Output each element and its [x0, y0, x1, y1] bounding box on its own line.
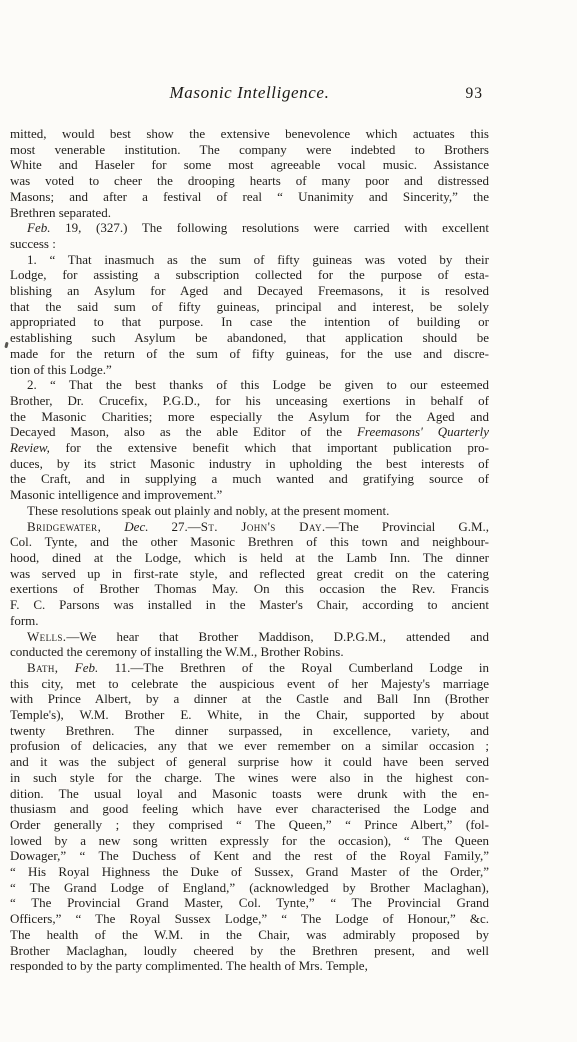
text-segment: [58, 660, 74, 675]
smallcaps-text: Bridgewater,: [27, 519, 101, 534]
text-segment: Brethren separated.: [10, 205, 111, 220]
text-line: the Masonic Charities; more especially t…: [10, 409, 489, 425]
text-line: the Craft, and in supplying a much wante…: [10, 471, 489, 487]
text-segment: Order generally ; they comprised “ The Q…: [10, 817, 489, 832]
text-segment: 11.—The Brethren of the Royal Cumberland…: [98, 660, 489, 675]
text-line: Bath, Feb. 11.—The Brethren of the Royal…: [10, 660, 489, 676]
text-line: responded to by the party complimented. …: [10, 958, 489, 974]
page-header: Masonic Intelligence. 93: [10, 83, 489, 107]
text-segment: was voted to cheer the drooping hearts o…: [10, 173, 489, 188]
text-segment: Col. Tynte, and the other Masonic Brethr…: [10, 534, 489, 549]
text-segment: [101, 519, 124, 534]
text-segment: 2. “ That the best thanks of this Lodge …: [27, 377, 489, 392]
text-segment: that the said sum of fifty guineas, prin…: [10, 299, 489, 314]
text-segment: most venerable institution. The company …: [10, 142, 489, 157]
text-line: White and Haseler for some most agreeabl…: [10, 157, 489, 173]
smallcaps-text: Wells.: [27, 629, 66, 644]
text-segment: Decayed Mason, also as the able Editor o…: [10, 424, 357, 439]
text-segment: made for the return of the sum of fifty …: [10, 346, 489, 361]
text-line: Col. Tynte, and the other Masonic Brethr…: [10, 534, 489, 550]
text-segment: hood, dined at the Lodge, which is held …: [10, 550, 489, 565]
text-line: Temple's), W.M. Brother E. White, in the…: [10, 707, 489, 723]
text-line: establishing such Asylum be abandoned, t…: [10, 330, 489, 346]
text-line: Order generally ; they comprised “ The Q…: [10, 817, 489, 833]
text-line: and it was the subject of general surpri…: [10, 754, 489, 770]
italic-text: Dec.: [124, 519, 148, 534]
text-line: 1. “ That inasmuch as the sum of fifty g…: [10, 252, 489, 268]
text-line: “ His Royal Highness the Duke of Sussex,…: [10, 864, 489, 880]
text-segment: White and Haseler for some most agreeabl…: [10, 157, 489, 172]
text-segment: profusion of delicacies, any that we eve…: [10, 738, 489, 753]
text-segment: in such style for the charge. The wines …: [10, 770, 489, 785]
text-line: F. C. Parsons was installed in the Maste…: [10, 597, 489, 613]
text-segment: —The Provincial G.M.,: [326, 519, 489, 534]
text-line: “ The Provincial Grand Master, Col. Tynt…: [10, 895, 489, 911]
text-line: Brethren separated.: [10, 205, 489, 221]
text-segment: twenty Brethren. The dinner surpassed, i…: [10, 723, 489, 738]
italic-text: Feb.: [27, 220, 50, 235]
text-line: Lodge, for assisting a subscription coll…: [10, 267, 489, 283]
text-segment: Dowager,” “ The Duchess of Kent and the …: [10, 848, 489, 863]
text-line: Masonic intelligence and improvement.”: [10, 487, 489, 503]
text-line: form.: [10, 613, 489, 629]
text-segment: —We hear that Brother Maddison, D.P.G.M.…: [66, 629, 489, 644]
text-line: tion of this Lodge.”: [10, 362, 489, 378]
italic-text: Freemasons' Quarterly: [357, 424, 489, 439]
text-segment: Masonic intelligence and improvement.”: [10, 487, 222, 502]
text-line: blishing an Asylum for Aged and Decayed …: [10, 283, 489, 299]
page-number: 93: [466, 85, 484, 103]
text-line: was voted to cheer the drooping hearts o…: [10, 173, 489, 189]
text-segment: dition. The usual loyal and Masonic toas…: [10, 786, 489, 801]
text-line: lowed by a new song written expressly fo…: [10, 833, 489, 849]
document-page: Masonic Intelligence. 93 mitted, would b…: [0, 0, 577, 1042]
text-segment: form.: [10, 613, 39, 628]
text-line: with Prince Albert, by a dinner at the C…: [10, 691, 489, 707]
text-segment: lowed by a new song written expressly fo…: [10, 833, 489, 848]
text-line: Feb. 19, (327.) The following resolution…: [10, 220, 489, 236]
text-line: this city, met to celebrate the auspicio…: [10, 676, 489, 692]
running-title: Masonic Intelligence.: [10, 83, 489, 103]
article-text: mitted, would best show the extensive be…: [10, 126, 489, 974]
text-line: “ The Grand Lodge of England,” (acknowle…: [10, 880, 489, 896]
text-line: appropriated to that purpose. In case th…: [10, 314, 489, 330]
text-line: hood, dined at the Lodge, which is held …: [10, 550, 489, 566]
text-line: duces, by its strict Masonic industry in…: [10, 456, 489, 472]
text-segment: thusiasm and good feeling which have eve…: [10, 801, 489, 816]
text-segment: Brother Maclaghan, loudly cheered by the…: [10, 943, 489, 958]
text-line: profusion of delicacies, any that we eve…: [10, 738, 489, 754]
text-segment: responded to by the party complimented. …: [10, 958, 368, 973]
text-line: Brother Maclaghan, loudly cheered by the…: [10, 943, 489, 959]
text-segment: mitted, would best show the extensive be…: [10, 126, 489, 141]
text-segment: duces, by its strict Masonic industry in…: [10, 456, 489, 471]
text-line: that the said sum of fifty guineas, prin…: [10, 299, 489, 315]
text-segment: and it was the subject of general surpri…: [10, 754, 489, 769]
text-line: Brother, Dr. Crucefix, P.G.D., for his u…: [10, 393, 489, 409]
text-line: dition. The usual loyal and Masonic toas…: [10, 786, 489, 802]
text-segment: Masons; and after a festival of real “ U…: [10, 189, 489, 204]
text-segment: the Craft, and in supplying a much wante…: [10, 471, 489, 486]
text-segment: appropriated to that purpose. In case th…: [10, 314, 489, 329]
text-segment: “ The Provincial Grand Master, Col. Tynt…: [10, 895, 489, 910]
text-line: The health of the W.M. in the Chair, was…: [10, 927, 489, 943]
text-segment: this city, met to celebrate the auspicio…: [10, 676, 489, 691]
italic-text: Review,: [10, 440, 50, 455]
text-segment: exertions of Brother Thomas May. On this…: [10, 581, 489, 596]
text-segment: These resolutions speak out plainly and …: [27, 503, 389, 518]
smallcaps-text: Bath,: [27, 660, 58, 675]
text-segment: with Prince Albert, by a dinner at the C…: [10, 691, 489, 706]
text-segment: 19, (327.) The following resolutions wer…: [50, 220, 489, 235]
text-line: in such style for the charge. The wines …: [10, 770, 489, 786]
text-line: conducted the ceremony of installing the…: [10, 644, 489, 660]
text-line: thusiasm and good feeling which have eve…: [10, 801, 489, 817]
text-line: made for the return of the sum of fifty …: [10, 346, 489, 362]
text-line: Decayed Mason, also as the able Editor o…: [10, 424, 489, 440]
text-line: Masons; and after a festival of real “ U…: [10, 189, 489, 205]
text-line: These resolutions speak out plainly and …: [10, 503, 489, 519]
text-segment: the Masonic Charities; more especially t…: [10, 409, 489, 424]
text-segment: F. C. Parsons was installed in the Maste…: [10, 597, 489, 612]
text-segment: establishing such Asylum be abandoned, t…: [10, 330, 489, 345]
italic-text: Feb.: [75, 660, 98, 675]
text-line: most venerable institution. The company …: [10, 142, 489, 158]
text-line: 2. “ That the best thanks of this Lodge …: [10, 377, 489, 393]
text-segment: “ His Royal Highness the Duke of Sussex,…: [10, 864, 489, 879]
text-line: exertions of Brother Thomas May. On this…: [10, 581, 489, 597]
text-line: twenty Brethren. The dinner surpassed, i…: [10, 723, 489, 739]
text-line: Review, for the extensive benefit which …: [10, 440, 489, 456]
text-segment: blishing an Asylum for Aged and Decayed …: [10, 283, 489, 298]
text-segment: Officers,” “ The Royal Sussex Lodge,” “ …: [10, 911, 489, 926]
text-segment: The health of the W.M. in the Chair, was…: [10, 927, 489, 942]
text-segment: Temple's), W.M. Brother E. White, in the…: [10, 707, 489, 722]
text-line: success :: [10, 236, 489, 252]
ink-speck: [4, 342, 8, 349]
text-segment: success :: [10, 236, 56, 251]
text-segment: 27.—: [148, 519, 200, 534]
text-line: Bridgewater, Dec. 27.—St. John's Day.—Th…: [10, 519, 489, 535]
text-line: Dowager,” “ The Duchess of Kent and the …: [10, 848, 489, 864]
text-segment: 1. “ That inasmuch as the sum of fifty g…: [27, 252, 489, 267]
text-segment: for the extensive benefit which that imp…: [50, 440, 489, 455]
text-segment: was served up in first-rate style, and r…: [10, 566, 489, 581]
text-segment: Lodge, for assisting a subscription coll…: [10, 267, 489, 282]
text-segment: “ The Grand Lodge of England,” (acknowle…: [10, 880, 489, 895]
text-line: was served up in first-rate style, and r…: [10, 566, 489, 582]
text-line: Officers,” “ The Royal Sussex Lodge,” “ …: [10, 911, 489, 927]
text-line: mitted, would best show the extensive be…: [10, 126, 489, 142]
text-segment: conducted the ceremony of installing the…: [10, 644, 344, 659]
text-segment: Brother, Dr. Crucefix, P.G.D., for his u…: [10, 393, 489, 408]
text-line: Wells.—We hear that Brother Maddison, D.…: [10, 629, 489, 645]
smallcaps-text: St. John's Day.: [201, 519, 326, 534]
text-segment: tion of this Lodge.”: [10, 362, 112, 377]
